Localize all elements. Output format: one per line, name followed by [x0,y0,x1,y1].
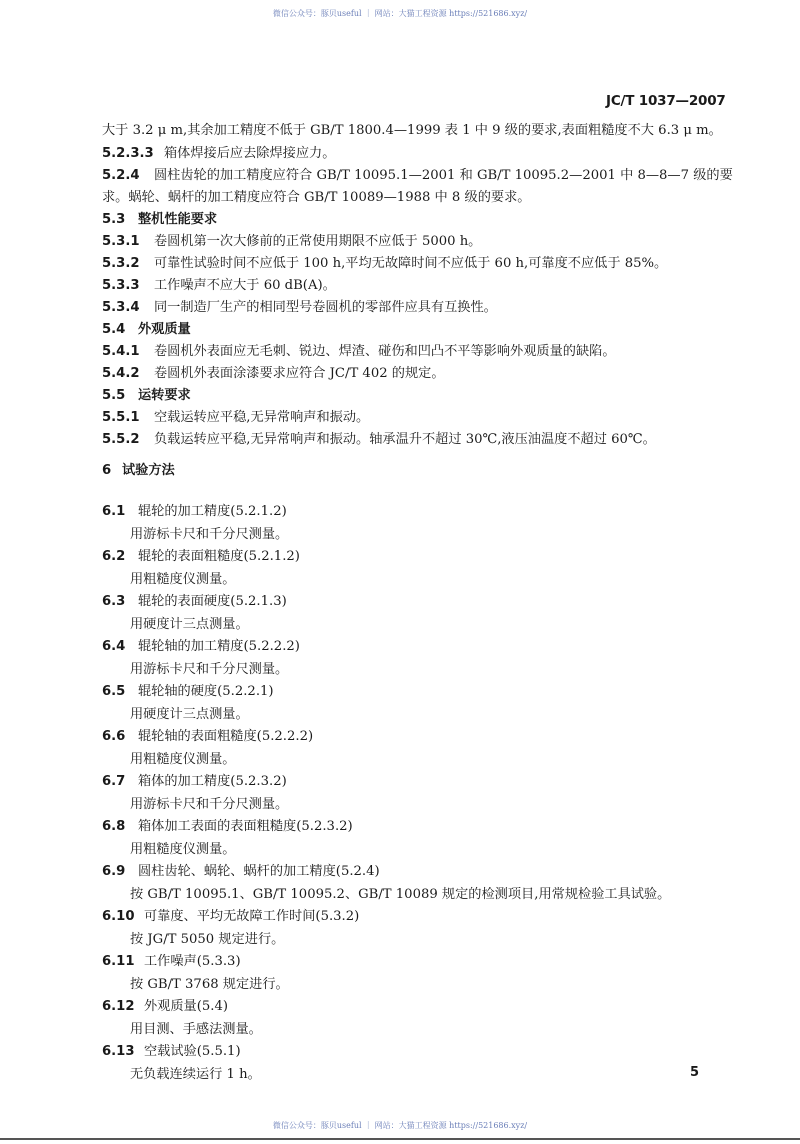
clause-text: 圆柱齿轮的加工精度应符合 GB/T 10095.1—2001 和 GB/T 10… [154,168,733,183]
clause-text: 用目测、手感法测量。 [130,1022,262,1037]
clause-text: 用硬度计三点测量。 [130,707,249,722]
clause-number: 6.1 [102,504,138,520]
clause-text: 用硬度计三点测量。 [130,617,249,632]
clause-text: 辊轮的表面粗糙度(5.2.1.2) [138,549,300,564]
clause-number: 5.3.4 [102,300,154,316]
clause-number: 5.3.2 [102,256,154,272]
clause-number: 5.3.1 [102,234,154,250]
clause-line: 求。蜗轮、蜗杆的加工精度应符合 GB/T 10089—1988 中 8 级的要求… [102,190,530,206]
clause-text: 求。蜗轮、蜗杆的加工精度应符合 GB/T 10089—1988 中 8 级的要求… [102,190,530,205]
clause-text: 整机性能要求 [138,212,217,227]
clause-line: 5.2.3.3箱体焊接后应去除焊接应力。 [102,146,335,162]
test-item-title: 6.1辊轮的加工精度(5.2.1.2) [102,504,287,520]
clause-number: 6.12 [102,999,144,1015]
clause-text: 用粗糙度仪测量。 [130,842,236,857]
clause-text: 用粗糙度仪测量。 [130,752,236,767]
clause-number: 6.3 [102,594,138,610]
clause-line: 大于 3.2 μ m,其余加工精度不低于 GB/T 1800.4—1999 表 … [102,123,722,139]
clause-text: 卷圆机外表面涂漆要求应符合 JC/T 402 的规定。 [154,366,445,381]
clause-number: 5.4.2 [102,366,154,382]
watermark-top: 微信公众号：豚贝useful ｜ 网站：大猫工程资源 https://52168… [0,8,800,19]
clause-number: 5.4 [102,322,138,338]
test-item-title: 6.4辊轮轴的加工精度(5.2.2.2) [102,639,300,655]
test-item-body: 用粗糙度仪测量。 [130,752,236,768]
test-item-body: 用游标卡尺和千分尺测量。 [130,797,288,813]
clause-text: 辊轮轴的表面粗糙度(5.2.2.2) [138,729,313,744]
clause-text: 辊轮的加工精度(5.2.1.2) [138,504,287,519]
clause-text: 用游标卡尺和千分尺测量。 [130,527,288,542]
test-item-title: 6.12外观质量(5.4) [102,999,228,1015]
clause-line: 5.3.1卷圆机第一次大修前的正常使用期限不应低于 5000 h。 [102,234,481,250]
clause-number: 6.6 [102,729,138,745]
clause-text: 辊轮的表面硬度(5.2.1.3) [138,594,287,609]
test-item-title: 6.10可靠度、平均无故障工作时间(5.3.2) [102,909,359,925]
clause-number: 6.11 [102,954,144,970]
clause-number: 5.5 [102,388,138,404]
clause-line: 5.5运转要求 [102,388,191,404]
clause-number: 6.7 [102,774,138,790]
test-item-body: 用粗糙度仪测量。 [130,842,236,858]
bottom-rule [0,1138,800,1140]
test-item-body: 按 GB/T 10095.1、GB/T 10095.2、GB/T 10089 规… [130,887,670,903]
test-item-title: 6.6辊轮轴的表面粗糙度(5.2.2.2) [102,729,313,745]
section-heading: 6试验方法 [102,463,175,479]
clause-text: 大于 3.2 μ m,其余加工精度不低于 GB/T 1800.4—1999 表 … [102,123,722,138]
clause-text: 可靠度、平均无故障工作时间(5.3.2) [144,909,359,924]
clause-text: 用游标卡尺和千分尺测量。 [130,797,288,812]
clause-line: 5.3.2可靠性试验时间不应低于 100 h,平均无故障时间不应低于 60 h,… [102,256,667,272]
clause-number: 5.3.3 [102,278,154,294]
clause-text: 按 JG/T 5050 规定进行。 [130,932,284,947]
clause-text: 外观质量(5.4) [144,999,228,1014]
clause-text: 箱体加工表面的表面粗糙度(5.2.3.2) [138,819,353,834]
test-item-body: 无负载连续运行 1 h。 [130,1067,261,1083]
clause-number: 5.5.1 [102,410,154,426]
test-item-title: 6.2辊轮的表面粗糙度(5.2.1.2) [102,549,300,565]
clause-text: 负载运转应平稳,无异常响声和振动。轴承温升不超过 30℃,液压油温度不超过 60… [154,432,656,447]
test-item-body: 用目测、手感法测量。 [130,1022,262,1038]
test-item-title: 6.5辊轮轴的硬度(5.2.2.1) [102,684,274,700]
clause-text: 工作噪声不应大于 60 dB(A)。 [154,278,336,293]
standard-code-header: JC/T 1037—2007 [606,93,726,109]
clause-text: 用粗糙度仪测量。 [130,572,236,587]
clause-line: 5.3整机性能要求 [102,212,217,228]
clause-text: 运转要求 [138,388,191,403]
clause-number: 5.5.2 [102,432,154,448]
clause-text: 同一制造厂生产的相同型号卷圆机的零部件应具有互换性。 [154,300,497,315]
test-item-body: 按 JG/T 5050 规定进行。 [130,932,284,948]
clause-number: 6.5 [102,684,138,700]
clause-text: 箱体焊接后应去除焊接应力。 [164,146,335,161]
test-item-body: 用游标卡尺和千分尺测量。 [130,527,288,543]
test-item-title: 6.3辊轮的表面硬度(5.2.1.3) [102,594,287,610]
clause-text: 圆柱齿轮、蜗轮、蜗杆的加工精度(5.2.4) [138,864,380,879]
clause-text: 外观质量 [138,322,191,337]
clause-text: 辊轮轴的硬度(5.2.2.1) [138,684,274,699]
clause-line: 5.3.4同一制造厂生产的相同型号卷圆机的零部件应具有互换性。 [102,300,497,316]
watermark-bottom: 微信公众号：豚贝useful ｜ 网站：大猫工程资源 https://52168… [0,1120,800,1131]
test-item-title: 6.11工作噪声(5.3.3) [102,954,241,970]
clause-number: 6.10 [102,909,144,925]
clause-text: 按 GB/T 3768 规定进行。 [130,977,289,992]
clause-number: 6.13 [102,1044,144,1060]
clause-number: 6 [102,463,122,479]
clause-text: 用游标卡尺和千分尺测量。 [130,662,288,677]
clause-line: 5.4.2卷圆机外表面涂漆要求应符合 JC/T 402 的规定。 [102,366,445,382]
clause-text: 辊轮轴的加工精度(5.2.2.2) [138,639,300,654]
clause-line: 5.5.1空载运转应平稳,无异常响声和振动。 [102,410,369,426]
clause-text: 试验方法 [122,463,175,478]
clause-number: 5.2.3.3 [102,146,164,162]
clause-text: 卷圆机外表面应无毛刺、锐边、焊渣、碰伤和凹凸不平等影响外观质量的缺陷。 [154,344,616,359]
test-item-body: 按 GB/T 3768 规定进行。 [130,977,289,993]
clause-text: 按 GB/T 10095.1、GB/T 10095.2、GB/T 10089 规… [130,887,670,902]
clause-number: 6.4 [102,639,138,655]
page-number: 5 [690,1065,699,1080]
clause-line: 5.3.3工作噪声不应大于 60 dB(A)。 [102,278,336,294]
clause-number: 5.4.1 [102,344,154,360]
clause-number: 6.2 [102,549,138,565]
clause-line: 5.5.2负载运转应平稳,无异常响声和振动。轴承温升不超过 30℃,液压油温度不… [102,432,656,448]
test-item-title: 6.9圆柱齿轮、蜗轮、蜗杆的加工精度(5.2.4) [102,864,380,880]
test-item-title: 6.8箱体加工表面的表面粗糙度(5.2.3.2) [102,819,353,835]
test-item-body: 用粗糙度仪测量。 [130,572,236,588]
test-item-title: 6.13空载试验(5.5.1) [102,1044,241,1060]
test-item-body: 用游标卡尺和千分尺测量。 [130,662,288,678]
clause-text: 无负载连续运行 1 h。 [130,1067,261,1082]
test-item-body: 用硬度计三点测量。 [130,707,249,723]
clause-text: 卷圆机第一次大修前的正常使用期限不应低于 5000 h。 [154,234,481,249]
clause-line: 5.4.1卷圆机外表面应无毛刺、锐边、焊渣、碰伤和凹凸不平等影响外观质量的缺陷。 [102,344,616,360]
clause-number: 5.3 [102,212,138,228]
test-item-body: 用硬度计三点测量。 [130,617,249,633]
clause-text: 工作噪声(5.3.3) [144,954,241,969]
clause-number: 6.9 [102,864,138,880]
clause-number: 6.8 [102,819,138,835]
test-item-title: 6.7箱体的加工精度(5.2.3.2) [102,774,287,790]
clause-text: 空载运转应平稳,无异常响声和振动。 [154,410,369,425]
clause-text: 可靠性试验时间不应低于 100 h,平均无故障时间不应低于 60 h,可靠度不应… [154,256,667,271]
clause-line: 5.2.4圆柱齿轮的加工精度应符合 GB/T 10095.1—2001 和 GB… [102,168,733,184]
clause-text: 空载试验(5.5.1) [144,1044,241,1059]
clause-number: 5.2.4 [102,168,154,184]
clause-line: 5.4外观质量 [102,322,191,338]
clause-text: 箱体的加工精度(5.2.3.2) [138,774,287,789]
